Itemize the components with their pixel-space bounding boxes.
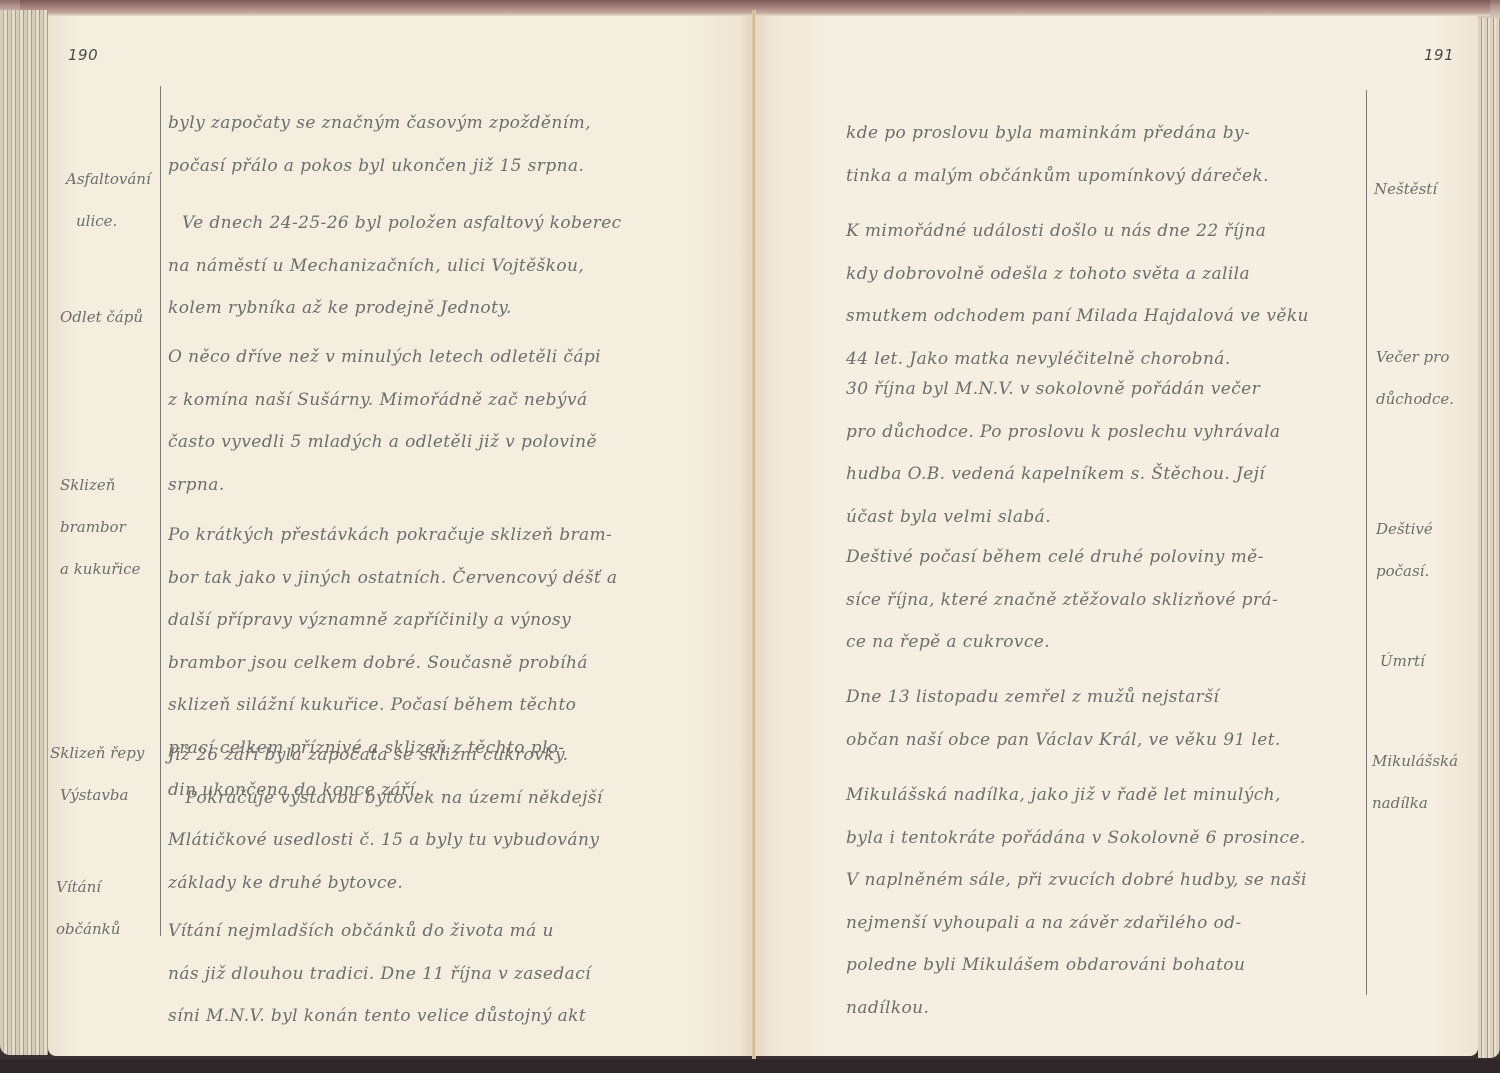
margin-note-odlet-capu: Odlet čápů bbox=[60, 296, 143, 338]
right-margin-rule bbox=[1366, 90, 1367, 995]
margin-note-skliz-brambor: Sklizeň brambor a kukuřice bbox=[60, 464, 140, 590]
open-book: 190 Asfaltování ulice. Odlet čápů Sklize… bbox=[0, 0, 1500, 1060]
margin-note-mikulasska: Mikulášská nadílka bbox=[1372, 740, 1458, 824]
left-page-stack bbox=[0, 10, 48, 1055]
paragraph-r4: Deštivé počasí během celé druhé poloviny… bbox=[846, 536, 1278, 664]
paragraph-p1: byly započaty se značným časovým zpožděn… bbox=[168, 102, 591, 187]
paragraph-r2: K mimořádné události došlo u nás dne 22 … bbox=[846, 210, 1309, 380]
paragraph-r5: Dne 13 listopadu zemřel z mužů nejstarší… bbox=[846, 676, 1281, 761]
margin-note-asfaltovani: Asfaltování ulice. bbox=[66, 158, 151, 242]
margin-note-skliz-repy: Sklizeň řepy Výstavba bbox=[50, 732, 144, 816]
margin-note-vitani: Vítání občánků bbox=[56, 866, 120, 950]
left-margin-rule bbox=[160, 86, 161, 936]
page-number-left: 190 bbox=[68, 46, 98, 64]
margin-note-umrti: Úmrtí bbox=[1380, 640, 1425, 682]
margin-note-vecer-duchodce: Večer pro důchodce. bbox=[1376, 336, 1454, 420]
paragraph-r6: Mikulášská nadílka, jako již v řadě let … bbox=[846, 774, 1307, 1029]
right-page-stack bbox=[1478, 18, 1500, 1058]
paragraph-r1: kde po proslovu byla maminkám předána by… bbox=[846, 112, 1269, 197]
paragraph-r3: 30 října byl M.N.V. v sokolovně pořádán … bbox=[846, 368, 1280, 538]
scan-background bbox=[0, 1059, 1500, 1073]
paragraph-p2: Ve dnech 24-25-26 byl položen asfaltový … bbox=[168, 202, 622, 330]
margin-note-nestesti: Neštěstí bbox=[1374, 168, 1437, 210]
paragraph-p6: Vítání nejmladších občánků do života má … bbox=[168, 910, 591, 1038]
paragraph-p3: O něco dříve než v minulých letech odlet… bbox=[168, 336, 601, 506]
margin-note-destive-pocasi: Deštivé počasí. bbox=[1376, 508, 1433, 592]
paragraph-p5: Již 26 září byla započata se sklizní cuk… bbox=[168, 734, 603, 904]
page-number-right: 191 bbox=[1424, 46, 1454, 64]
